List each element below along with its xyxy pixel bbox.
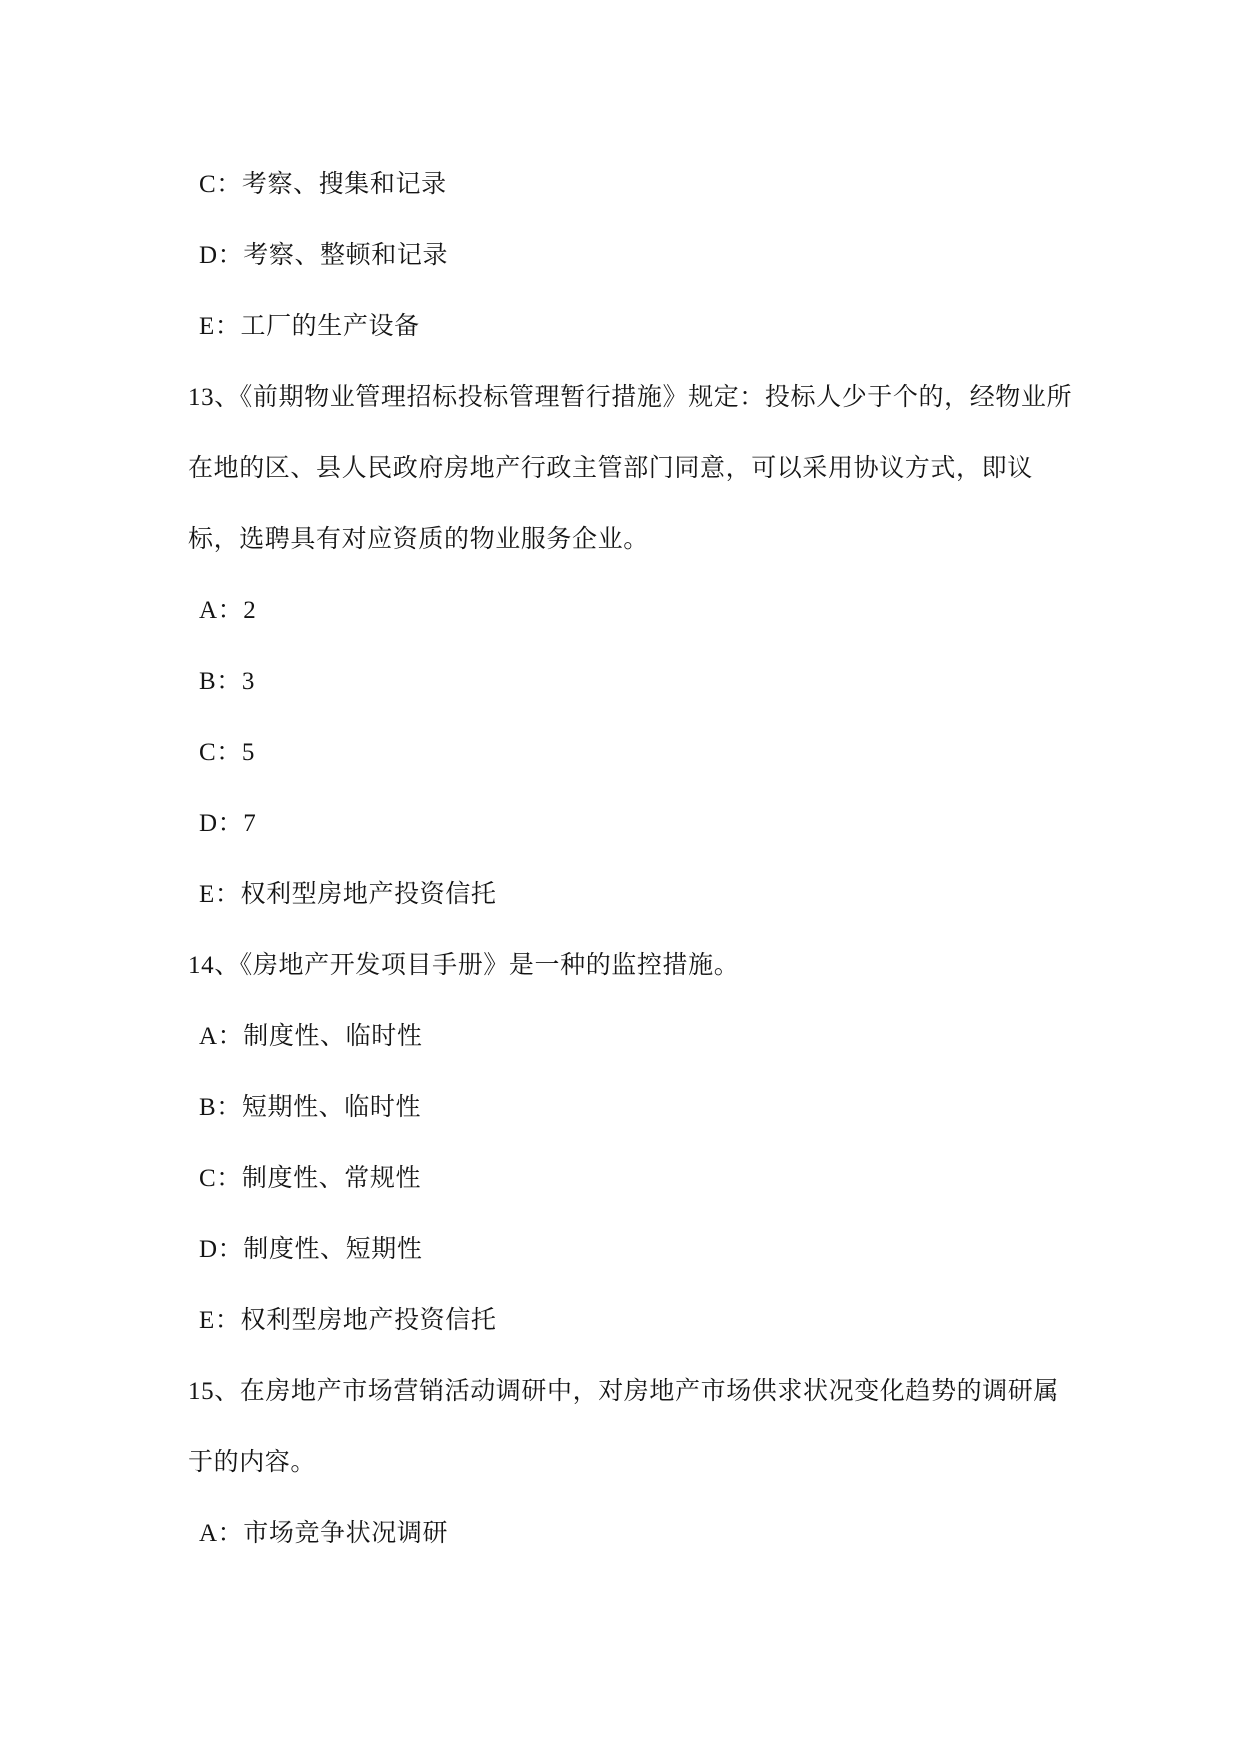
question-continuation-line: 在地的区、县人民政府房地产行政主管部门同意，可以采用协议方式，即议: [188, 433, 1184, 504]
option-line: D：7: [188, 788, 1184, 859]
option-line: C：考察、搜集和记录: [188, 149, 1184, 220]
question-line: 15、在房地产市场营销活动调研中，对房地产市场供求状况变化趋势的调研属: [188, 1356, 1184, 1427]
option-line: A：市场竞争状况调研: [188, 1498, 1184, 1569]
option-line: C：5: [188, 717, 1184, 788]
option-line: A：制度性、临时性: [188, 1001, 1184, 1072]
document-page: C：考察、搜集和记录D：考察、整顿和记录E：工厂的生产设备13、《前期物业管理招…: [0, 0, 1240, 1753]
option-line: E：权利型房地产投资信托: [188, 859, 1184, 930]
question-line: 13、《前期物业管理招标投标管理暂行措施》规定：投标人少于个的，经物业所: [188, 362, 1184, 433]
option-line: A：2: [188, 575, 1184, 646]
option-line: E：权利型房地产投资信托: [188, 1285, 1184, 1356]
option-line: C：制度性、常规性: [188, 1143, 1184, 1214]
option-line: B：3: [188, 646, 1184, 717]
question-continuation-line: 标，选聘具有对应资质的物业服务企业。: [188, 504, 1184, 575]
document-body: C：考察、搜集和记录D：考察、整顿和记录E：工厂的生产设备13、《前期物业管理招…: [0, 0, 1240, 1569]
option-line: D：制度性、短期性: [188, 1214, 1184, 1285]
option-line: E：工厂的生产设备: [188, 291, 1184, 362]
question-line: 14、《房地产开发项目手册》是一种的监控措施。: [188, 930, 1184, 1001]
option-line: D：考察、整顿和记录: [188, 220, 1184, 291]
option-line: B：短期性、临时性: [188, 1072, 1184, 1143]
question-continuation-line: 于的内容。: [188, 1427, 1184, 1498]
